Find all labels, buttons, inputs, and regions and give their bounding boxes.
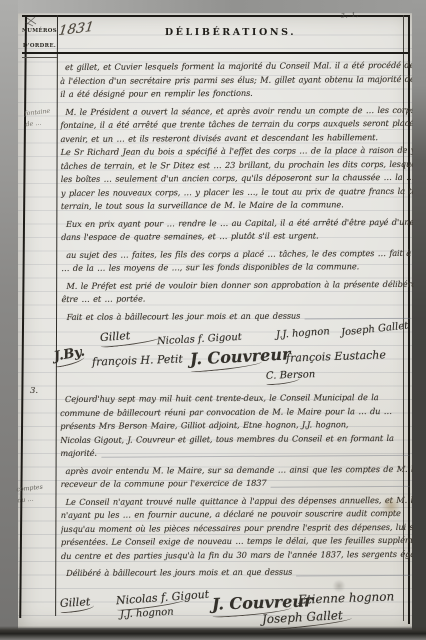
handwritten-line: terrain, le tout sous la surveillance de… — [61, 198, 413, 214]
handwritten-line: Délibéré à bâillecourt les jours mois et… — [61, 565, 413, 581]
handwritten-line: il a été désigné pour en remplir les fon… — [60, 86, 412, 102]
header-sub-rule — [22, 57, 57, 58]
handwritten-line: receveur de la commune pour l'exercice d… — [61, 476, 413, 492]
signature: C. Berson — [266, 369, 316, 385]
handwritten-line: dans l'espace de quatre semaines, et … p… — [61, 229, 413, 245]
handwritten-line: commune de bâillecourt réuni par convoca… — [60, 404, 412, 420]
margin-note-comptes: comptes du … — [16, 482, 44, 507]
margin-note-fontaine: fontaine de … — [24, 106, 52, 131]
feint-fill-rule — [296, 574, 410, 576]
paragraph: Le Conseil n'ayant trouvé nulle quittanc… — [61, 493, 413, 563]
paragraph: après avoir entendu M. le Maire, sur sa … — [60, 462, 412, 491]
feint-fill-rule — [270, 485, 409, 487]
order-column-header-line2: D'ORDRE. — [21, 39, 58, 54]
deliberation-text-lower: Cejourd'huy sept may mil huit cent trent… — [60, 391, 413, 581]
smudge — [332, 580, 346, 592]
header-underline-rule — [22, 52, 409, 54]
scan-edge-left — [0, 0, 18, 640]
handwritten-line: du centre et des parties jusqu'à la fin … — [61, 547, 413, 563]
paragraph: au sujet des … faites, les fils des corp… — [61, 246, 413, 275]
deliberation-text-upper: et gillet, et Cuvier lesquels forment la… — [60, 59, 414, 324]
paragraph: Fait et clos à bâillecourt les jour mois… — [62, 308, 414, 324]
corner-scribble — [24, 15, 38, 28]
handwritten-line: Eux en prix ayant pour … rendre le … au … — [61, 215, 413, 231]
feint-fill-rule — [101, 454, 409, 457]
paragraph: M. le Préfet est prié de vouloir bien do… — [61, 277, 413, 306]
pencil-corner-marks: 3, 1, — [341, 11, 360, 19]
paragraph: et gillet, et Cuvier lesquels forment la… — [60, 59, 412, 102]
paragraph: M. le Président a ouvert la séance, et a… — [60, 103, 413, 213]
ink-stain — [382, 496, 400, 516]
handwritten-line: M. le Préfet est prié de vouloir bien do… — [61, 277, 413, 293]
order-column-header: NUMÉROS D'ORDRE. — [21, 24, 58, 53]
handwritten-line: après avoir entendu M. le Maire, sur sa … — [60, 462, 412, 478]
handwritten-line: à l'élection d'un secrétaire pris parmi … — [60, 72, 412, 88]
handwritten-line: … de la … les moyens de …, sur les fonds… — [61, 260, 413, 276]
paragraph: Eux en prix ayant pour … rendre le … au … — [61, 215, 413, 244]
paragraph: Délibéré à bâillecourt les jours mois et… — [61, 565, 413, 581]
scan-edge-right — [412, 0, 426, 640]
handwritten-line: au sujet des … faites, les fils des corp… — [61, 246, 413, 262]
scan-edge-bottom — [0, 626, 426, 640]
handwritten-line: majorité. — [60, 445, 412, 461]
handwritten-line: Fait et clos à bâillecourt les jour mois… — [62, 308, 414, 324]
handwritten-line: Nicolas Gigout, J. Couvreur et gillet, t… — [60, 431, 412, 447]
feint-fill-rule — [304, 318, 410, 320]
page-title: DÉLIBÉRATIONS. — [57, 27, 404, 38]
signature: Gillet — [60, 595, 95, 613]
handwritten-line: être … et … portée. — [61, 291, 413, 307]
scanned-register-page: NUMÉROS D'ORDRE. DÉLIBÉRATIONS. 1831 3, … — [0, 0, 426, 640]
order-number: 3. — [30, 386, 38, 396]
paragraph: Cejourd'huy sept may mil huit cent trent… — [60, 391, 412, 461]
handwritten-line: y placer les nouveaux corps, … y placer … — [61, 184, 413, 200]
scan-edge-top — [0, 0, 426, 13]
